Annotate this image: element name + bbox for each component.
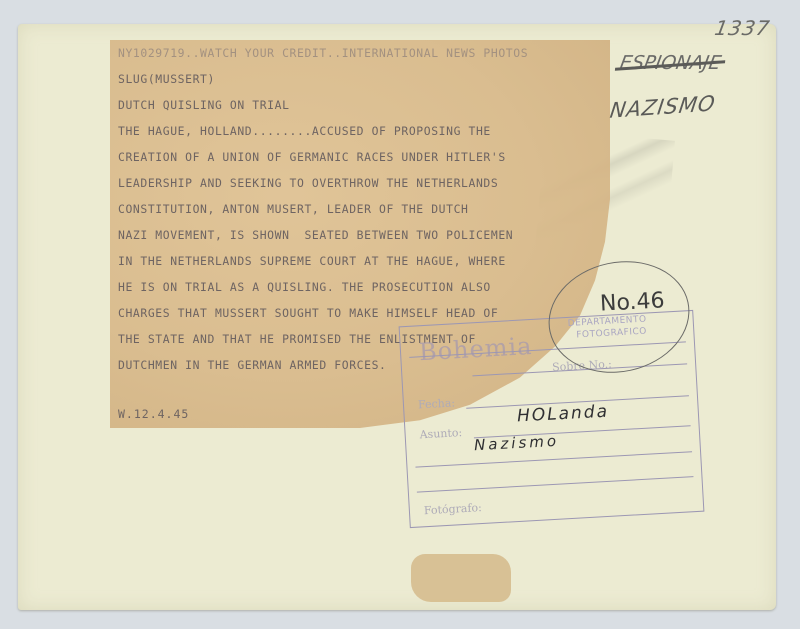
crossed-out-note: ESPIONAJE [618, 52, 723, 74]
caption-body-line: CREATION OF A UNION OF GERMANIC RACES UN… [118, 144, 638, 170]
caption-header: NY1029719..WATCH YOUR CREDIT..INTERNATIO… [118, 40, 638, 66]
stamp-asunto-line [415, 451, 692, 468]
stamp-brand: Bohemia [418, 332, 533, 366]
circled-number: No.46 [599, 288, 665, 316]
caption-body-line: CONSTITUTION, ANTON MUSERT, LEADER OF TH… [118, 196, 638, 222]
archive-number-note: 1337 [713, 16, 772, 40]
caption-body-line: IN THE NETHERLANDS SUPREME COURT AT THE … [118, 248, 638, 274]
stamp-asunto-label: Asunto: [419, 426, 462, 441]
glue-stain [411, 554, 511, 602]
stamp-blank-line [417, 476, 694, 493]
caption-body-line: LEADERSHIP AND SEEKING TO OVERTHROW THE … [118, 170, 638, 196]
caption-body-line: THE HAGUE, HOLLAND........ACCUSED OF PRO… [118, 118, 638, 144]
caption-slug: SLUG(MUSSERT) [118, 66, 638, 92]
caption-headline: DUTCH QUISLING ON TRIAL [118, 92, 638, 118]
caption-dateline: W.12.4.45 [118, 407, 189, 421]
stamp-fecha-label: Fecha: [418, 396, 456, 411]
stamp-fotografo-label: Fotógrafo: [424, 501, 483, 517]
caption-body-line: NAZI MOVEMENT, IS SHOWN SEATED BETWEEN T… [118, 222, 638, 248]
